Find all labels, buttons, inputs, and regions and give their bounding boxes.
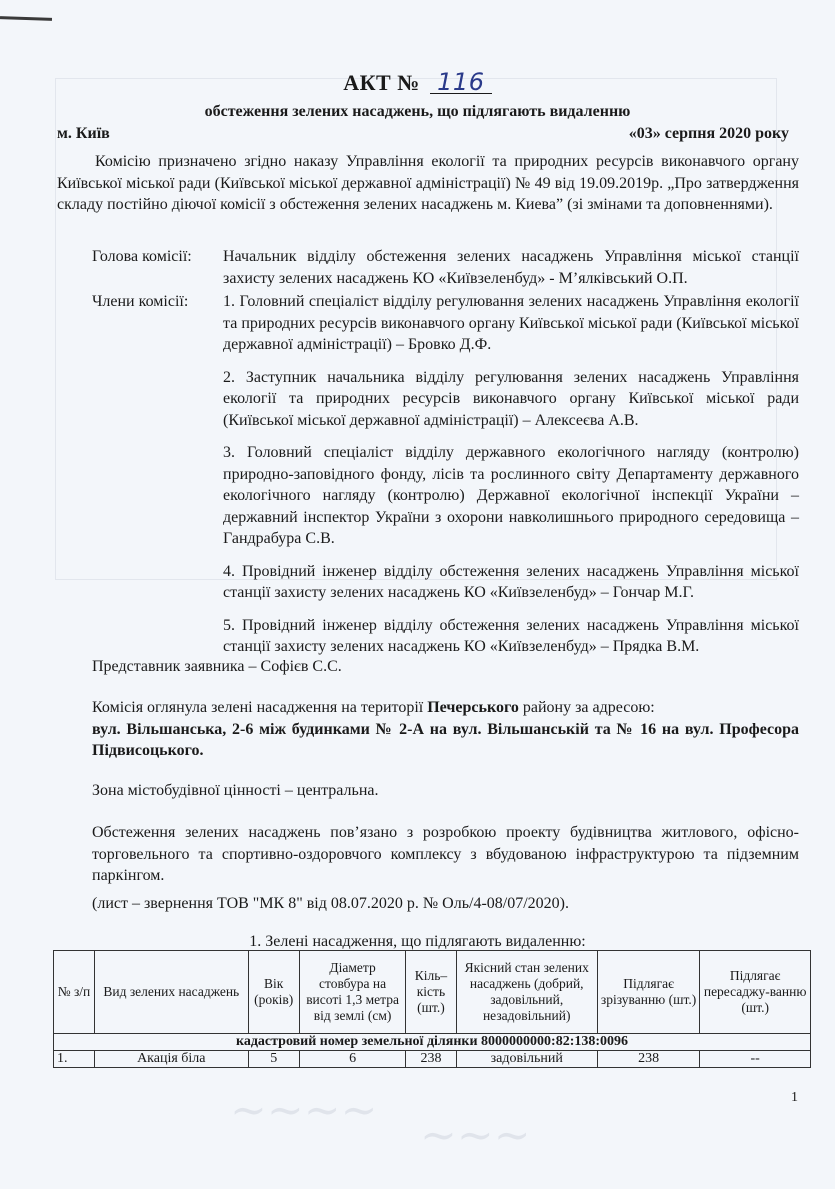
table-caption: 1. Зелені насадження, що підлягають вида… [0, 933, 835, 951]
table-row: 1. Акація біла 5 6 238 задовільний 238 -… [54, 1051, 811, 1068]
cell-age: 5 [248, 1051, 299, 1068]
member-item: 4. Провідний інженер відділу обстеження … [223, 561, 799, 604]
cell-diameter: 6 [299, 1051, 406, 1068]
zone: Зона містобудівної цінності – центральна… [92, 780, 799, 802]
cadastral-number: кадастровий номер земельної ділянки 8000… [54, 1034, 811, 1051]
member-item: 5. Провідний інженер відділу обстеження … [223, 615, 799, 658]
member-item: 2. Заступник начальника відділу регулюва… [223, 367, 799, 432]
intro-paragraph: Комісію призначено згідно наказу Управлі… [57, 151, 799, 216]
table-header-row: № з/п Вид зелених насаджень Вік (років) … [54, 951, 811, 1034]
head-label: Голова комісії: [92, 246, 222, 268]
col-header-no: № з/п [54, 951, 95, 1034]
signature-ghost: ~~~ [420, 1110, 531, 1161]
letter-reference: (лист – звернення ТОВ "МК 8" від 08.07.2… [92, 893, 799, 915]
cell-species: Акація біла [94, 1051, 248, 1068]
inspection-prefix: Комісія оглянула зелені насадження на те… [92, 699, 427, 716]
inspection-suffix: району за адресою: [519, 699, 655, 716]
col-header-diameter: Діаметр стовбура на висоті 1,3 метра від… [299, 951, 406, 1034]
purpose-paragraph: Обстеження зелених насаджень пов’язано з… [92, 822, 799, 887]
document-page: АКТ № 116 обстеження зелених насаджень, … [0, 0, 835, 1189]
scan-artifact [0, 16, 52, 21]
green-plantings-table: № з/п Вид зелених насаджень Вік (років) … [53, 950, 811, 1068]
col-header-transplant: Підлягає пересаджу-ванню (шт.) [700, 951, 811, 1034]
signature-ghost: ~~~~ [230, 1085, 377, 1136]
col-header-species: Вид зелених насаджень [94, 951, 248, 1034]
place: м. Київ [57, 125, 110, 143]
applicant: Представник заявника – Софієв С.С. [92, 656, 799, 678]
member-item: 3. Головний спеціаліст відділу державног… [223, 442, 799, 550]
col-header-count: Кіль–кість (шт.) [406, 951, 456, 1034]
act-title: АКТ № 116 [0, 70, 835, 96]
member-item: 1. Головний спеціаліст відділу регулюван… [223, 291, 799, 356]
district: Печерського [427, 699, 519, 716]
col-header-age: Вік (років) [248, 951, 299, 1034]
col-header-cut: Підлягає зрізуванню (шт.) [597, 951, 699, 1034]
act-label: АКТ № [343, 70, 420, 95]
date: «03» серпня 2020 року [629, 125, 789, 143]
cell-no: 1. [54, 1051, 95, 1068]
cell-condition: задовільний [456, 1051, 597, 1068]
head-text: Начальник відділу обстеження зелених нас… [223, 246, 799, 289]
cell-count: 238 [406, 1051, 456, 1068]
cell-cut: 238 [597, 1051, 699, 1068]
page-number: 1 [791, 1090, 798, 1106]
act-subtitle: обстеження зелених насаджень, що підляга… [0, 103, 835, 121]
members-list: 1. Головний спеціаліст відділу регулюван… [223, 291, 799, 669]
cell-transplant: -- [700, 1051, 811, 1068]
col-header-condition: Якісний стан зелених насаджень (добрий, … [456, 951, 597, 1034]
act-number: 116 [430, 71, 492, 94]
cadastral-row: кадастровий номер земельної ділянки 8000… [54, 1034, 811, 1051]
address: вул. Вільшанська, 2-6 між будинками № 2-… [92, 719, 799, 762]
members-label: Члени комісії: [92, 291, 222, 313]
inspection-paragraph: Комісія оглянула зелені насадження на те… [92, 697, 799, 762]
